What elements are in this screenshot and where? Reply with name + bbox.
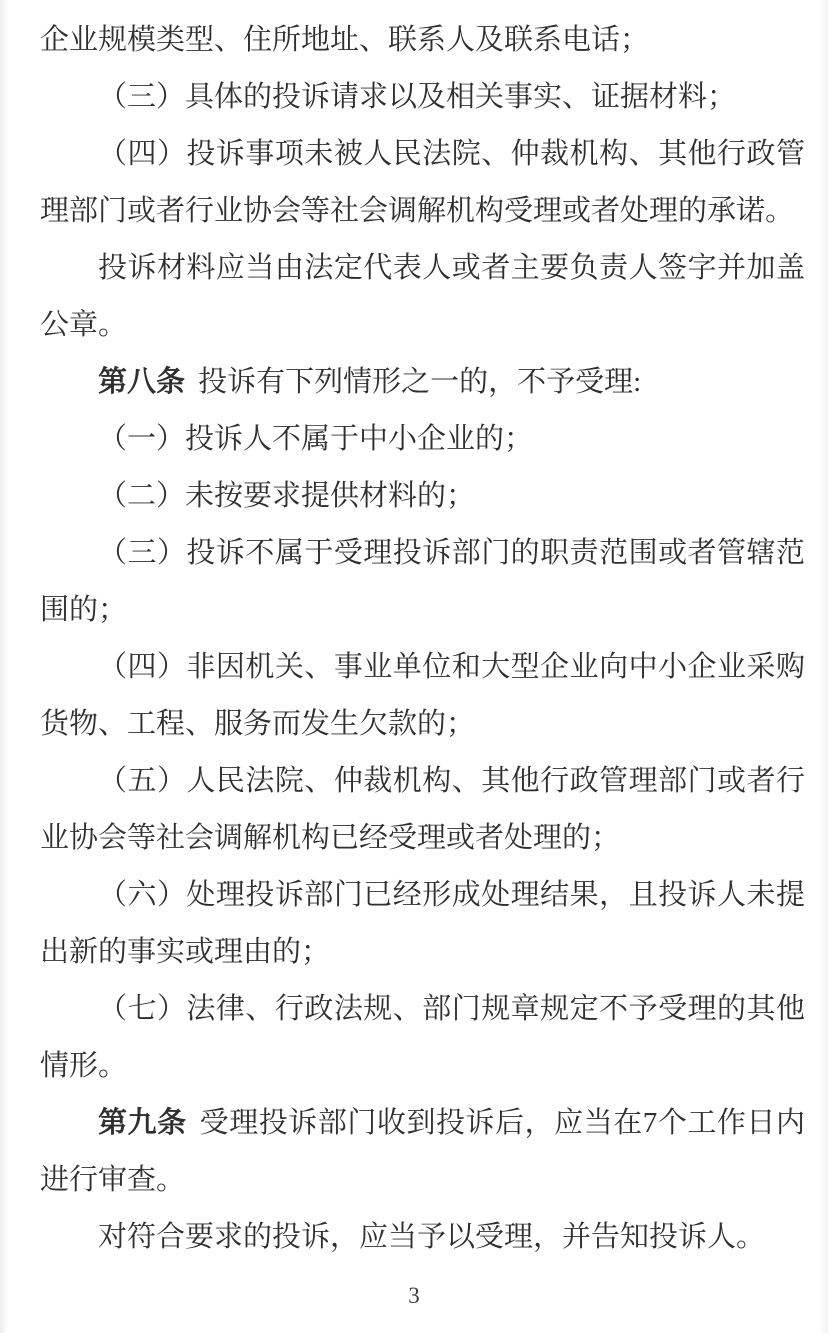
paragraph-article8-item-4: （四）非因机关、事业单位和大型企业向中小企业采购货物、工程、服务而发生欠款的；: [40, 639, 805, 753]
paragraph-acceptance-notice: 对符合要求的投诉，应当予以受理，并告知投诉人。: [40, 1209, 805, 1266]
paragraph-article8-item-5: （五）人民法院、仲裁机构、其他行政管理部门或者行业协会等社会调解机构已经受理或者…: [40, 753, 805, 867]
paragraph-item-4: （四）投诉事项未被人民法院、仲裁机构、其他行政管理部门或者行业协会等社会调解机构…: [40, 126, 805, 240]
paragraph-continuation: 企业规模类型、住所地址、联系人及联系电话；: [40, 12, 805, 69]
paragraph-article-8: 第八条投诉有下列情形之一的，不予受理:: [40, 354, 805, 411]
paragraph-article8-item-6: （六）处理投诉部门已经形成处理结果，且投诉人未提出新的事实或理由的；: [40, 867, 805, 981]
paragraph-article-9: 第九条受理投诉部门收到投诉后，应当在7个工作日内进行审查。: [40, 1095, 805, 1209]
article-9-number: 第九条: [98, 1107, 187, 1139]
document-text-block: 企业规模类型、住所地址、联系人及联系电话； （三）具体的投诉请求以及相关事实、证…: [40, 12, 805, 1266]
page-number: 3: [0, 1283, 828, 1309]
paragraph-article8-item-2: （二）未按要求提供材料的；: [40, 468, 805, 525]
paragraph-signature-requirement: 投诉材料应当由法定代表人或者主要负责人签字并加盖公章。: [40, 240, 805, 354]
paragraph-article8-item-3: （三）投诉不属于受理投诉部门的职责范围或者管辖范围的；: [40, 525, 805, 639]
paragraph-article8-item-7: （七）法律、行政法规、部门规章规定不予受理的其他情形。: [40, 981, 805, 1095]
article-8-number: 第八条: [98, 366, 185, 398]
scan-edge-left: [0, 0, 8, 1333]
paragraph-article8-item-1: （一）投诉人不属于中小企业的；: [40, 411, 805, 468]
scan-edge-right: [820, 0, 828, 1333]
article-8-text: 投诉有下列情形之一的，不予受理:: [198, 366, 641, 398]
paragraph-item-3: （三）具体的投诉请求以及相关事实、证据材料；: [40, 69, 805, 126]
